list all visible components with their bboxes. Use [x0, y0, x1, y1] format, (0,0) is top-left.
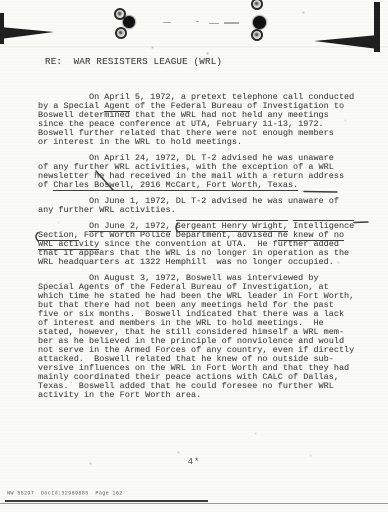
- text-segment: of: [38, 180, 53, 190]
- text-segment: activity in the Fort Worth area.: [38, 390, 201, 400]
- archive-footer: NW 55297 DocId:32989885 Page 162: [7, 490, 123, 496]
- punch-hole-icon: [251, 29, 263, 41]
- text-line: activity in the Fort Worth area.: [38, 391, 368, 400]
- paragraph: On June 1, 1972, DL T-2 advised he was u…: [38, 197, 368, 215]
- text-segment: WRL headquarters at 1322 Hemphill was no…: [38, 257, 334, 267]
- corner-artifact: [0, 27, 54, 39]
- corner-artifact: [314, 35, 378, 49]
- paragraph: On August 3, 1972, Boswell was interview…: [38, 274, 368, 400]
- paragraph: On June 2, 1972, Sergeant Henry Wright, …: [38, 222, 368, 267]
- re-subject-line: RE: WAR RESISTERS LEAGUE (WRL): [45, 56, 222, 67]
- page-number: 4*: [0, 457, 388, 467]
- corner-artifact: [0, 13, 4, 44]
- text-segment: any further WRL activities.: [38, 205, 176, 215]
- footer-rule: [0, 503, 388, 504]
- scan-smudge: [224, 22, 239, 24]
- scan-smudge: [163, 22, 171, 23]
- pen-marked-text: Charles Boswell, 2916 McCart, Fort Worth…: [53, 180, 298, 191]
- paragraph: On April 24, 1972, DL T-2 advised he was…: [38, 154, 368, 190]
- punch-hole-icon: [251, 0, 263, 10]
- scanned-document-page: { "colors":{ "paper":"#fafaf7", "ink":"#…: [0, 0, 388, 512]
- corner-artifact: [374, 2, 380, 52]
- scan-smudge: [209, 23, 219, 24]
- scan-line: [0, 47, 388, 48]
- document-body: On April 5, 1972, a pretext telephone ca…: [38, 93, 368, 407]
- punch-hole-icon: [253, 16, 266, 29]
- punch-hole-icon: [123, 16, 135, 28]
- scan-noise: [0, 0, 1, 1]
- text-line: of Charles Boswell, 2916 McCart, Fort Wo…: [38, 181, 368, 190]
- text-line: or interest in the WRL to hold meetings.: [38, 138, 368, 147]
- punch-hole-icon: [115, 27, 127, 39]
- text-segment: or interest in the WRL to hold meetings.: [38, 137, 242, 147]
- footer-rule: [5, 500, 208, 502]
- paragraph: On April 5, 1972, a pretext telephone ca…: [38, 93, 368, 147]
- text-line: any further WRL activities.: [38, 206, 368, 215]
- scan-smudge: [196, 21, 199, 22]
- text-line: WRL headquarters at 1322 Hemphill was no…: [38, 258, 368, 267]
